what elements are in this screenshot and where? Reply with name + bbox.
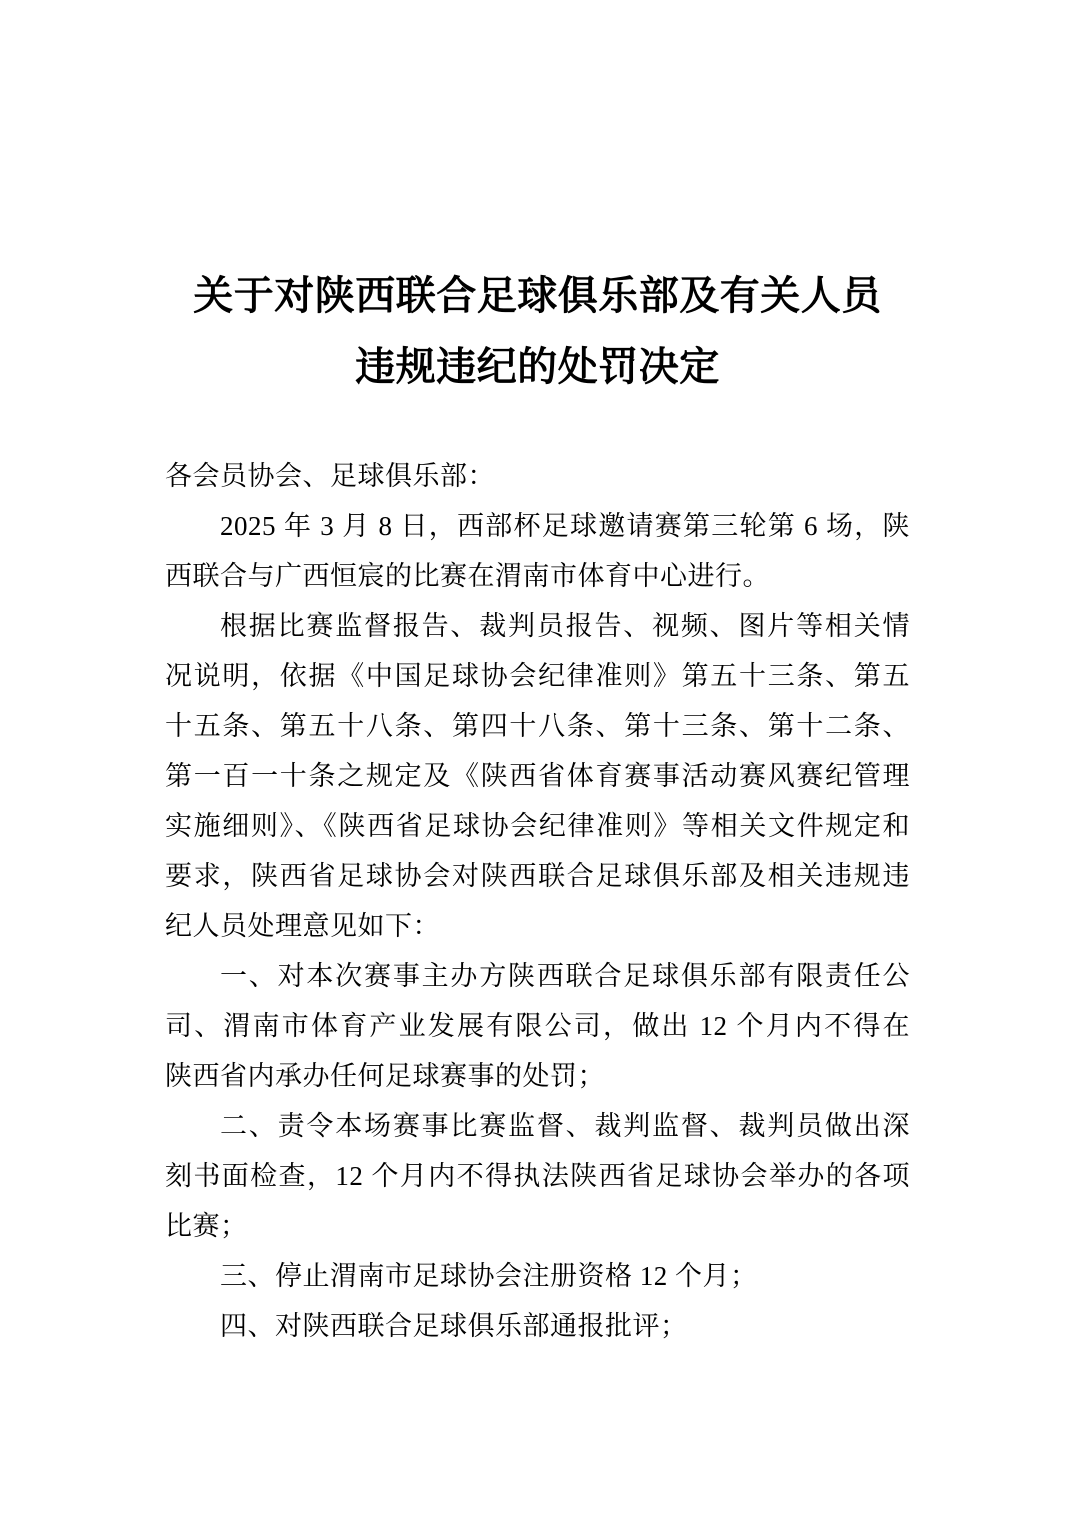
penalty-item-1-line: 司、渭南市体育产业发展有限公司，做出 12 个月内不得在 [165,1001,910,1051]
document-page: 关于对陕西联合足球俱乐部及有关人员 违规违纪的处罚决定 各会员协会、足球俱乐部：… [0,0,1074,1520]
penalty-item-2-line: 二、责令本场赛事比赛监督、裁判监督、裁判员做出深 [165,1101,910,1151]
penalty-item-4-line: 四、对陕西联合足球俱乐部通报批评； [165,1301,910,1351]
document-title-line-1: 关于对陕西联合足球俱乐部及有关人员 [165,261,910,332]
document-title-line-2: 违规违纪的处罚决定 [165,332,910,403]
salutation-line: 各会员协会、足球俱乐部： [165,451,910,501]
body-text-line: 实施细则》、《陕西省足球协会纪律准则》等相关文件规定和 [165,801,910,851]
document-body: 各会员协会、足球俱乐部： 2025 年 3 月 8 日，西部杯足球邀请赛第三轮第… [165,451,910,1351]
body-text-line: 根据比赛监督报告、裁判员报告、视频、图片等相关情 [165,601,910,651]
penalty-item-2-line: 刻书面检查，12 个月内不得执法陕西省足球协会举办的各项 [165,1151,910,1201]
document-title: 关于对陕西联合足球俱乐部及有关人员 违规违纪的处罚决定 [165,261,910,403]
body-text-line: 要求，陕西省足球协会对陕西联合足球俱乐部及相关违规违 [165,851,910,901]
body-text-line: 纪人员处理意见如下： [165,901,910,951]
penalty-item-3-line: 三、停止渭南市足球协会注册资格 12 个月； [165,1251,910,1301]
penalty-item-1-line: 陕西省内承办任何足球赛事的处罚； [165,1051,910,1101]
body-text-line: 况说明，依据《中国足球协会纪律准则》第五十三条、第五 [165,651,910,701]
body-text-line: 十五条、第五十八条、第四十八条、第十三条、第十二条、 [165,701,910,751]
penalty-item-2-line: 比赛； [165,1201,910,1251]
body-text-line: 2025 年 3 月 8 日，西部杯足球邀请赛第三轮第 6 场，陕 [165,501,910,551]
body-text-line: 西联合与广西恒宸的比赛在渭南市体育中心进行。 [165,551,910,601]
body-text-line: 第一百一十条之规定及《陕西省体育赛事活动赛风赛纪管理 [165,751,910,801]
penalty-item-1-line: 一、对本次赛事主办方陕西联合足球俱乐部有限责任公 [165,951,910,1001]
